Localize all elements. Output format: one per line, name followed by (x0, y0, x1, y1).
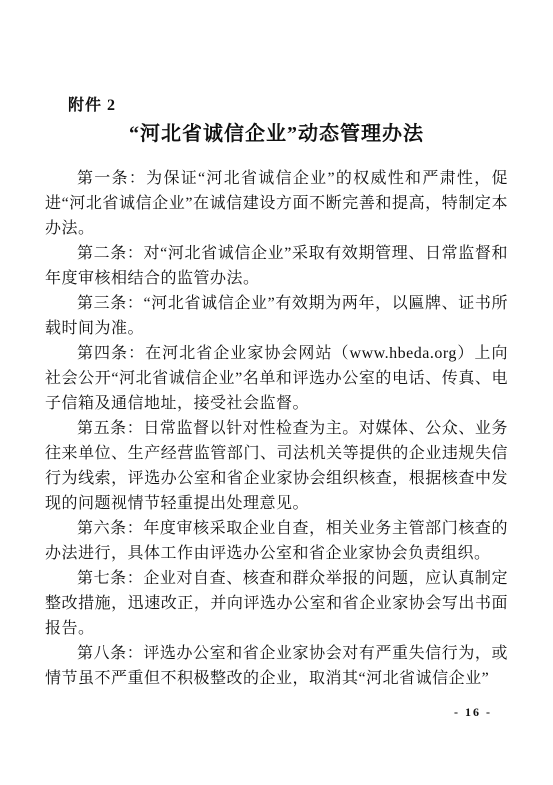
article-3-paragraph: 第三条：“河北省诚信企业”有效期为两年，以匾牌、证书所载时间为准。 (45, 291, 508, 341)
article-8-paragraph: 第八条：评选办公室和省企业家协会对有严重失信行为，或情节虽不严重但不积极整改的企… (45, 641, 508, 691)
attachment-label: 附件 2 (68, 92, 116, 115)
document-body: 第一条：为保证“河北省诚信企业”的权威性和严肃性，促进“河北省诚信企业”在诚信建… (45, 166, 508, 691)
article-1-paragraph: 第一条：为保证“河北省诚信企业”的权威性和严肃性，促进“河北省诚信企业”在诚信建… (45, 166, 508, 241)
article-4-paragraph: 第四条：在河北省企业家协会网站（www.hbeda.org）上向社会公开“河北省… (45, 341, 508, 416)
document-title: “河北省诚信企业”动态管理办法 (0, 117, 553, 146)
page-number: - 16 - (454, 705, 492, 720)
article-2-paragraph: 第二条：对“河北省诚信企业”采取有效期管理、日常监督和年度审核相结合的监管办法。 (45, 241, 508, 291)
article-5-paragraph: 第五条：日常监督以针对性检查为主。对媒体、公众、业务往来单位、生产经营监管部门、… (45, 416, 508, 516)
article-6-paragraph: 第六条：年度审核采取企业自查，相关业务主管部门核查的办法进行，具体工作由评选办公… (45, 516, 508, 566)
document-page: 附件 2 “河北省诚信企业”动态管理办法 第一条：为保证“河北省诚信企业”的权威… (0, 0, 553, 785)
article-7-paragraph: 第七条：企业对自查、核查和群众举报的问题，应认真制定整改措施，迅速改正，并向评选… (45, 566, 508, 641)
